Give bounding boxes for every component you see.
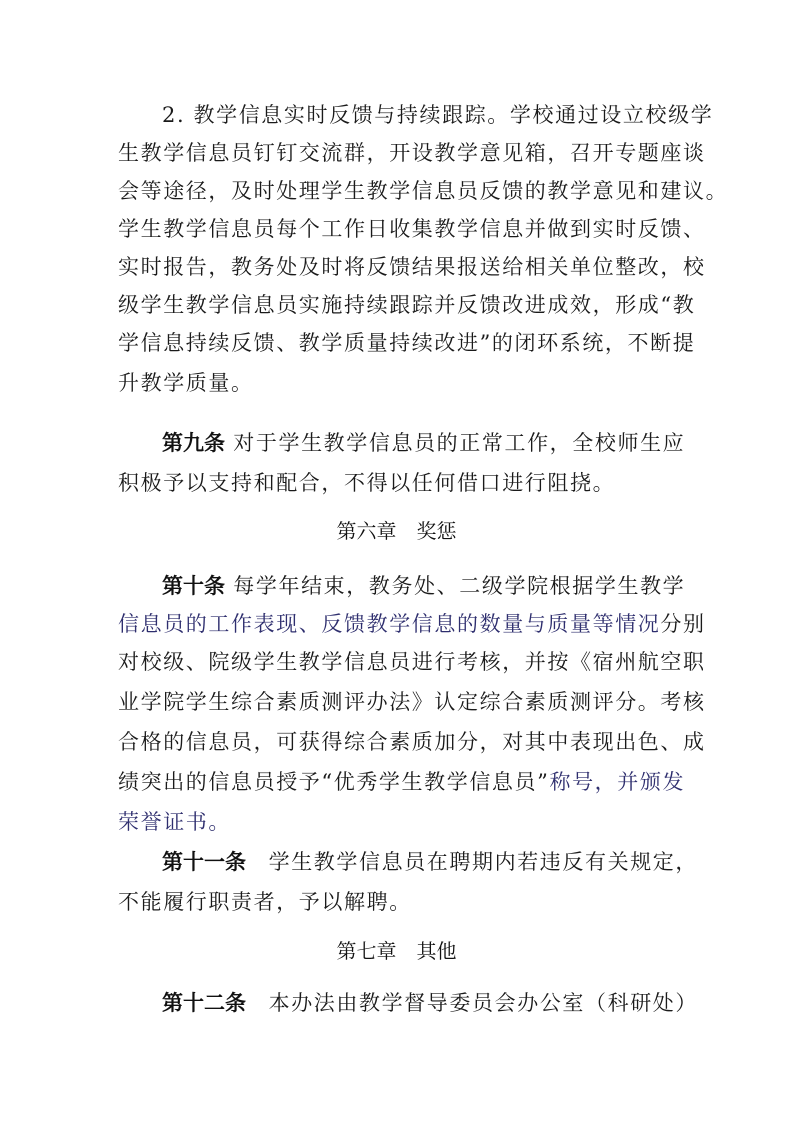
highlighted-text: 信息员的工作表现、反馈教学信息的数量与质量等情况 [118, 612, 660, 636]
article-10: 第十条 每学年结束，教务处、二级学院根据学生教学 [162, 573, 722, 599]
paragraph-text: 绩突出的信息员授予“优秀学生教学信息员” [118, 770, 549, 794]
article-label: 第十一条 [162, 850, 246, 874]
article-text: 每学年结束，教务处、二级学院根据学生教学 [225, 574, 685, 598]
paragraph-line: 生教学信息员钉钉交流群，开设教学意见箱，召开专题座谈 [118, 140, 678, 166]
highlighted-text: 称号，并颁发 [549, 770, 685, 794]
paragraph-line: 合格的信息员，可获得综合素质加分，对其中表现出色、成 [118, 729, 678, 755]
article-label: 第十二条 [162, 991, 246, 1015]
article-11: 第十一条 学生教学信息员在聘期内若违反有关规定， [162, 849, 722, 875]
chapter-heading: 第七章 其他 [0, 938, 793, 964]
article-text: 对于学生教学信息员的正常工作，全校师生应 [225, 431, 685, 455]
paragraph-line: 对校级、院级学生教学信息员进行考核，并按《宿州航空职 [118, 649, 678, 675]
highlighted-line: 荣誉证书。 [118, 809, 678, 835]
article-label: 第十条 [162, 574, 225, 598]
paragraph-line: 学生教学信息员每个工作日收集教学信息并做到实时反馈、 [118, 216, 678, 242]
article-text: 学生教学信息员在聘期内若违反有关规定， [246, 850, 698, 874]
paragraph-line: 2. 教学信息实时反馈与持续跟踪。学校通过设立校级学 [162, 102, 722, 128]
paragraph-text: 分别 [660, 612, 705, 636]
document-page: 2. 教学信息实时反馈与持续跟踪。学校通过设立校级学 生教学信息员钉钉交流群，开… [0, 0, 793, 1122]
article-12: 第十二条 本办法由教学督导委员会办公室（科研处） [162, 990, 722, 1016]
paragraph-line: 实时报告，教务处及时将反馈结果报送给相关单位整改，校 [118, 254, 678, 280]
chapter-heading: 第六章 奖惩 [0, 518, 793, 544]
paragraph-line: 信息员的工作表现、反馈教学信息的数量与质量等情况分别 [118, 611, 678, 637]
paragraph-line: 升教学质量。 [118, 370, 678, 396]
paragraph-line: 绩突出的信息员授予“优秀学生教学信息员”称号，并颁发 [118, 769, 678, 795]
paragraph-line: 学信息持续反馈、教学质量持续改进”的闭环系统，不断提 [118, 330, 678, 356]
paragraph-line: 级学生教学信息员实施持续跟踪并反馈改进成效，形成“教 [118, 292, 678, 318]
paragraph-line: 积极予以支持和配合，不得以任何借口进行阻挠。 [118, 470, 678, 496]
paragraph-line: 会等途径，及时处理学生教学信息员反馈的教学意见和建议。 [118, 178, 678, 204]
paragraph-line: 业学院学生综合素质测评办法》认定综合素质测评分。考核 [118, 689, 678, 715]
article-9: 第九条 对于学生教学信息员的正常工作，全校师生应 [162, 430, 722, 456]
article-label: 第九条 [162, 431, 225, 455]
paragraph-line: 不能履行职责者，予以解聘。 [118, 889, 678, 915]
article-text: 本办法由教学督导委员会办公室（科研处） [246, 991, 698, 1015]
